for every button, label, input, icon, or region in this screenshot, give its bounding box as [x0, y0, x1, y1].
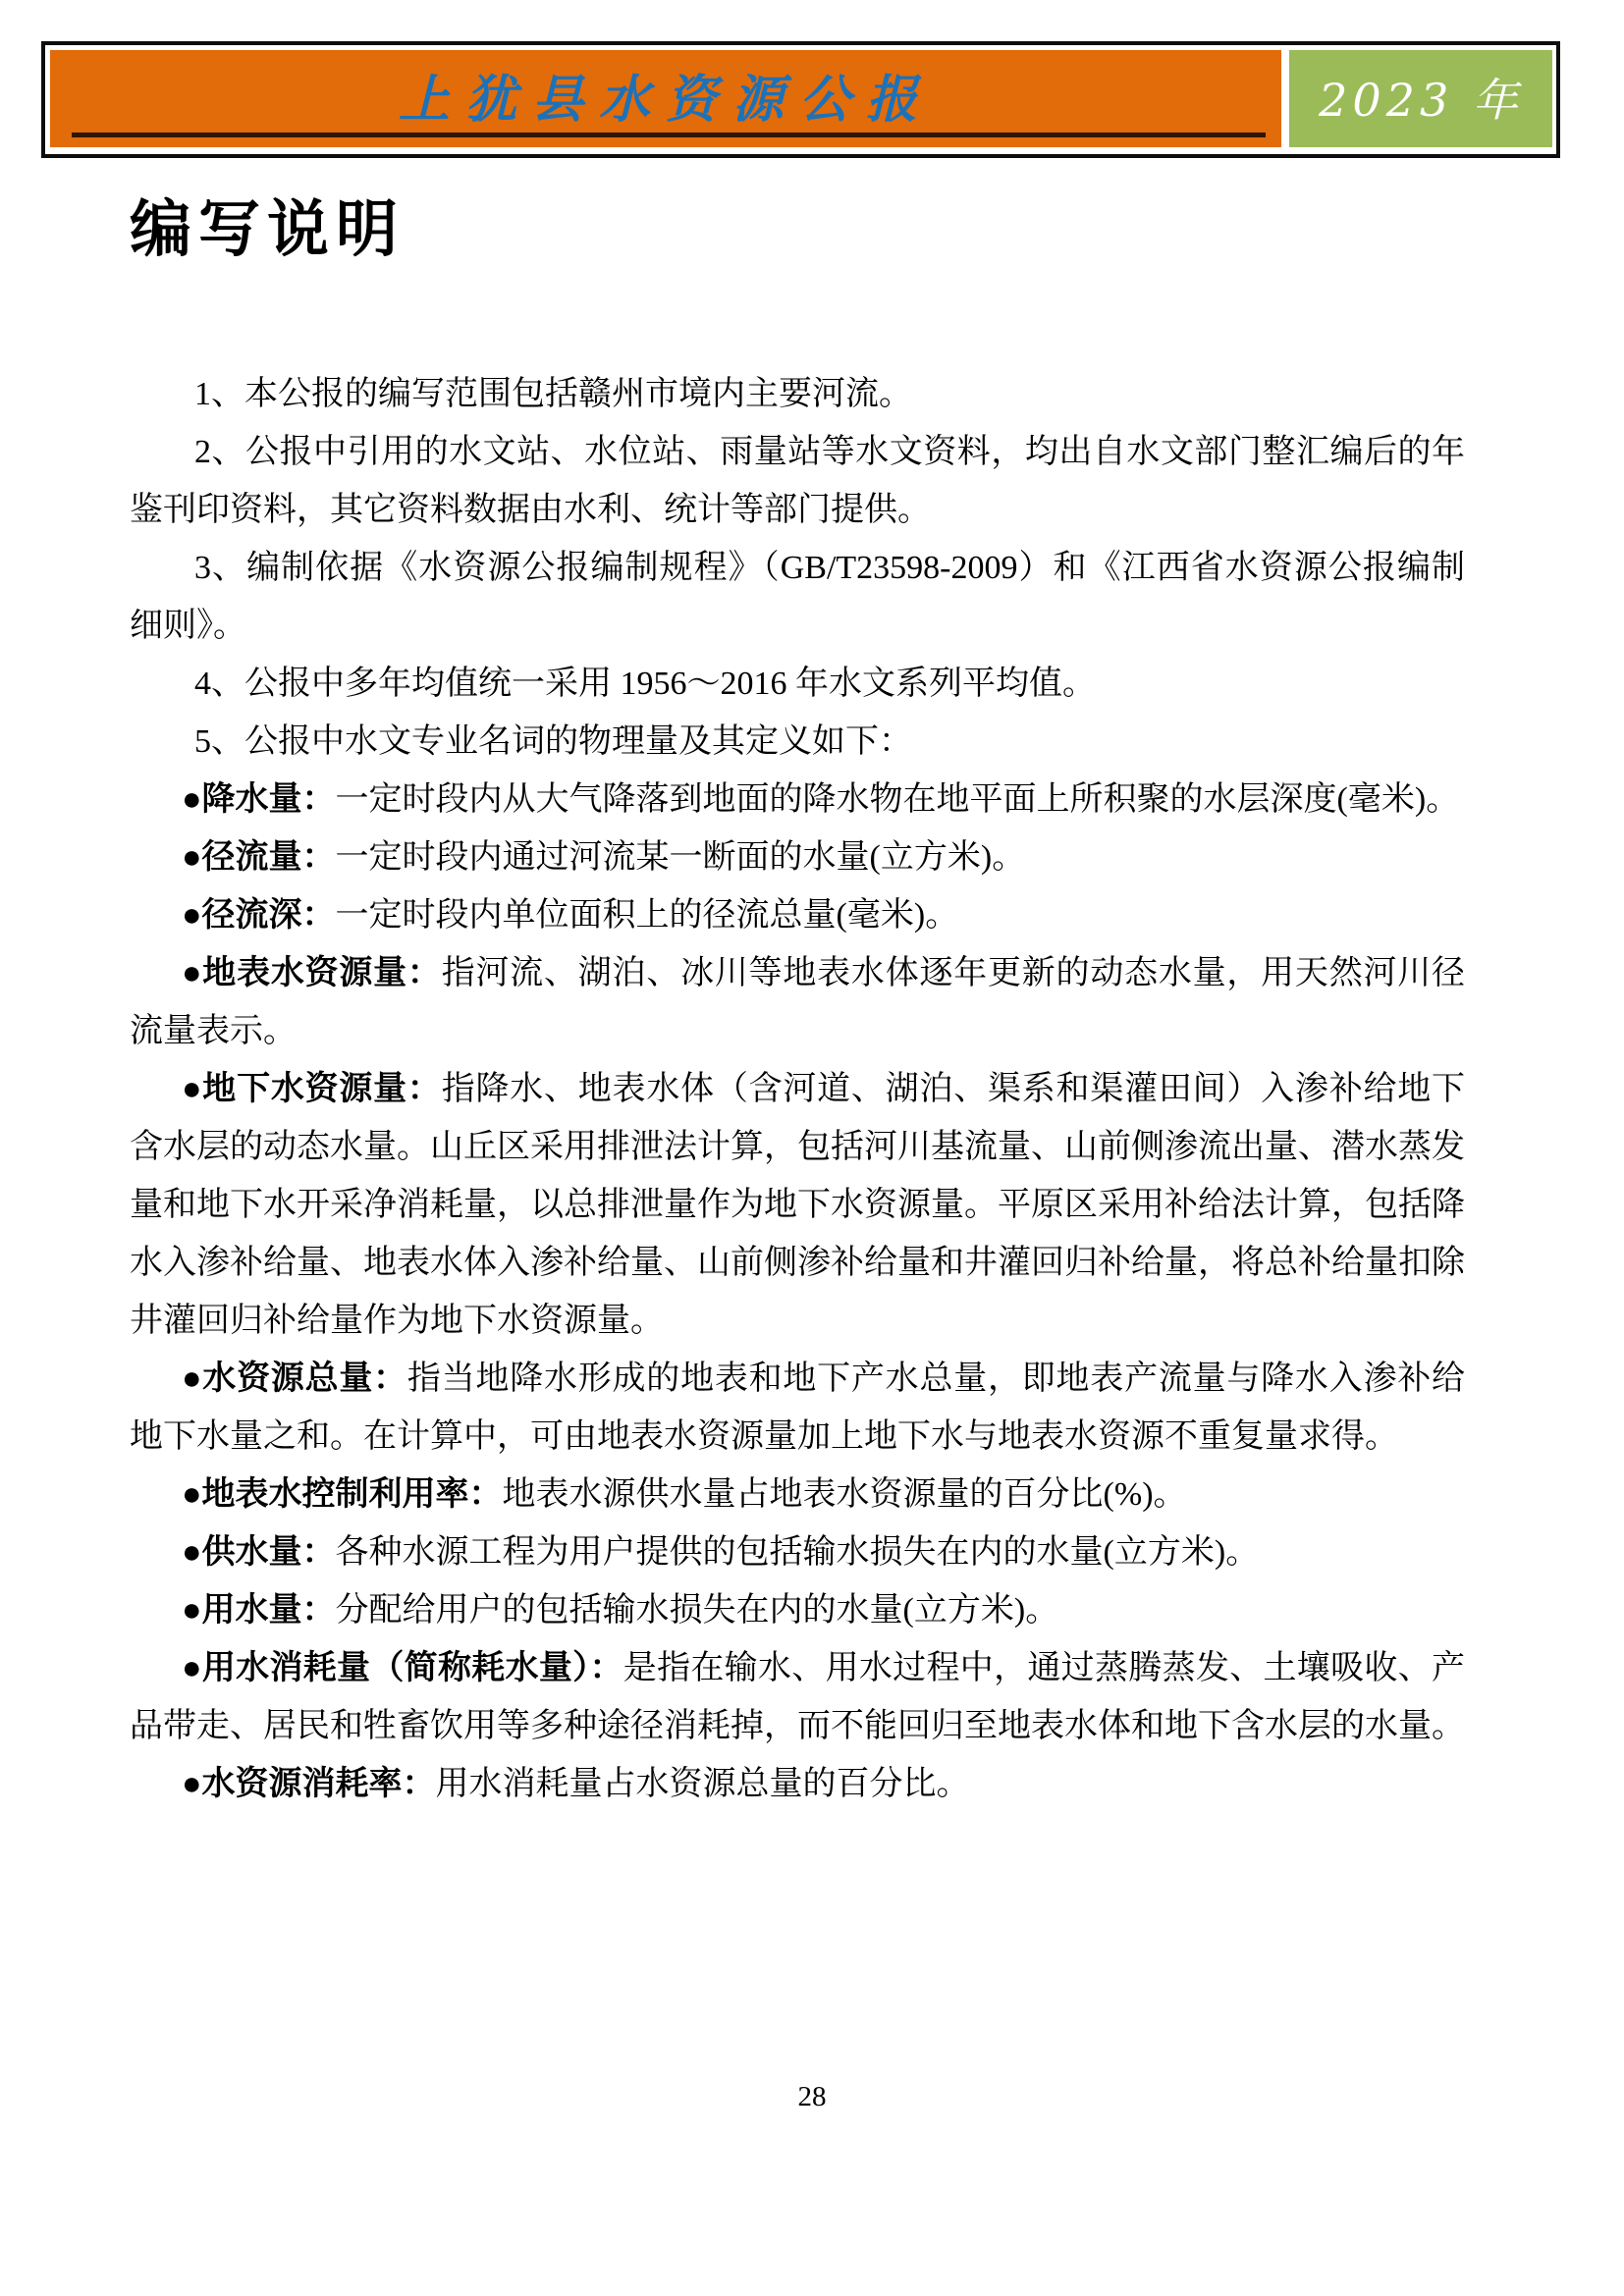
document-page: 上犹县水资源公报 2023 年 编写说明 1、本公报的编写范围包括赣州市境内主要… [0, 0, 1624, 2296]
term-item: ●地下水资源量：指降水、地表水体（含河道、湖泊、渠系和渠灌田间）入渗补给地下含水… [130, 1060, 1465, 1350]
banner-orange-block: 上犹县水资源公报 [50, 50, 1281, 147]
term-item: ●地表水资源量：指河流、湖泊、冰川等地表水体逐年更新的动态水量，用天然河川径流量… [130, 944, 1465, 1060]
note-item: 1、本公报的编写范围包括赣州市境内主要河流。 [130, 365, 1465, 423]
term-definition: 各种水源工程为用户提供的包括输水损失在内的水量(立方米)。 [336, 1534, 1260, 1571]
term-label: ●降水量： [182, 780, 336, 818]
note-text: 2、公报中引用的水文站、水位站、雨量站等水文资料，均出自水文部门整汇编后的年鉴刊… [130, 434, 1465, 528]
main-content: 编写说明 1、本公报的编写范围包括赣州市境内主要河流。 2、公报中引用的水文站、… [130, 194, 1465, 1813]
term-item: ●用水消耗量（简称耗水量）：是指在输水、用水过程中，通过蒸腾蒸发、土壤吸收、产品… [130, 1639, 1465, 1755]
term-item: ●地表水控制利用率：地表水源供水量占地表水资源量的百分比(%)。 [130, 1466, 1465, 1523]
term-definition: 一定时段内从大气降落到地面的降水物在地平面上所积聚的水层深度(毫米)。 [336, 781, 1460, 818]
term-label: ●地表水资源量： [182, 954, 442, 991]
term-item: ●径流量：一定时段内通过河流某一断面的水量(立方米)。 [130, 828, 1465, 886]
term-item: ●降水量：一定时段内从大气降落到地面的降水物在地平面上所积聚的水层深度(毫米)。 [130, 771, 1465, 828]
term-label: ●供水量： [182, 1533, 336, 1571]
page-number: 28 [0, 2081, 1624, 2113]
banner-year-block: 2023 年 [1289, 50, 1552, 147]
term-item: ●供水量：各种水源工程为用户提供的包括输水损失在内的水量(立方米)。 [130, 1523, 1465, 1581]
note-text: 4、公报中多年均值统一采用 1956～2016 年水文系列平均值。 [194, 666, 1096, 702]
note-text: 5、公报中水文专业名词的物理量及其定义如下： [194, 723, 912, 760]
term-definition: 一定时段内通过河流某一断面的水量(立方米)。 [336, 839, 1026, 876]
note-item: 3、编制依据《水资源公报编制规程》（GB/T23598-2009）和《江西省水资… [130, 539, 1465, 655]
page-title: 编写说明 [130, 194, 1465, 265]
term-item: ●用水量：分配给用户的包括输水损失在内的水量(立方米)。 [130, 1581, 1465, 1639]
term-definition: 指降水、地表水体（含河道、湖泊、渠系和渠灌田间）入渗补给地下含水层的动态水量。山… [130, 1071, 1465, 1339]
note-text: 1、本公报的编写范围包括赣州市境内主要河流。 [194, 376, 912, 412]
bulletin-title: 上犹县水资源公报 [399, 58, 933, 132]
note-item: 5、公报中水文专业名词的物理量及其定义如下： [130, 713, 1465, 771]
term-item: ●水资源消耗率：用水消耗量占水资源总量的百分比。 [130, 1755, 1465, 1813]
note-item: 2、公报中引用的水文站、水位站、雨量站等水文资料，均出自水文部门整汇编后的年鉴刊… [130, 423, 1465, 539]
term-label: ●地表水控制利用率： [182, 1475, 503, 1513]
term-label: ●水资源消耗率： [182, 1765, 436, 1802]
term-label: ●水资源总量： [182, 1360, 407, 1397]
term-definition: 地表水源供水量占地表水资源量的百分比(%)。 [503, 1476, 1187, 1513]
term-label: ●径流深： [182, 896, 336, 934]
term-label: ●径流量： [182, 838, 336, 876]
term-item: ●径流深：一定时段内单位面积上的径流总量(毫米)。 [130, 886, 1465, 944]
note-item: 4、公报中多年均值统一采用 1956～2016 年水文系列平均值。 [130, 655, 1465, 713]
term-label: ●地下水资源量： [182, 1070, 442, 1107]
term-definition: 分配给用户的包括输水损失在内的水量(立方米)。 [336, 1592, 1059, 1629]
note-text: 3、编制依据《水资源公报编制规程》（GB/T23598-2009）和《江西省水资… [130, 550, 1465, 644]
term-definition: 用水消耗量占水资源总量的百分比。 [436, 1766, 970, 1802]
term-definition: 一定时段内单位面积上的径流总量(毫米)。 [336, 897, 959, 934]
term-label: ●用水量： [182, 1591, 336, 1629]
term-item: ●水资源总量：指当地降水形成的地表和地下产水总量，即地表产流量与降水入渗补给地下… [130, 1350, 1465, 1466]
term-label: ●用水消耗量（简称耗水量）： [182, 1649, 623, 1686]
year-label: 2023 年 [1319, 65, 1523, 130]
banner-underline [72, 133, 1266, 137]
page-header-banner: 上犹县水资源公报 2023 年 [41, 41, 1560, 158]
